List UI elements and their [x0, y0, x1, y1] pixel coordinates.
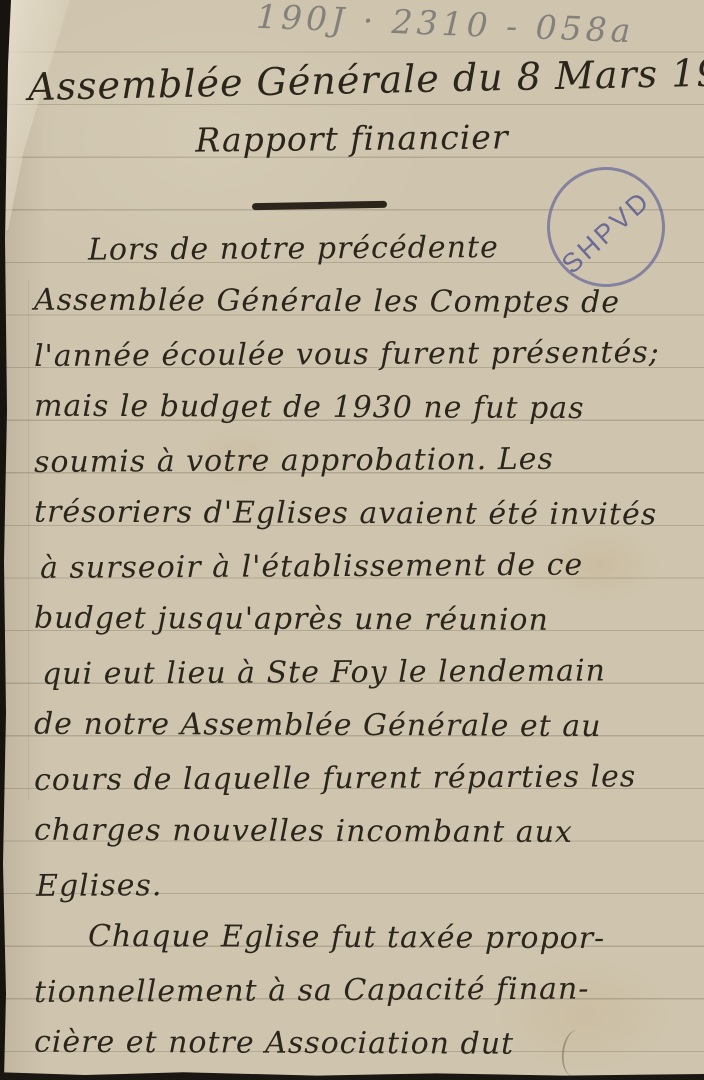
manuscript-line: soumis à votre approbation. Les [0, 432, 704, 489]
manuscript-line: à surseoir à l'établissement de ce [0, 538, 704, 595]
manuscript-line: l'année écoulée vous furent présentés; [0, 326, 704, 383]
manuscript-line: Chaque Eglise fut taxée propor- [0, 909, 704, 965]
manuscript-line: tionnellement à sa Capacité finan- [0, 962, 704, 1019]
page-corner-wedge [6, 0, 86, 230]
manuscript-page: 190J · 2310 - 058a Assemblée Générale du… [0, 0, 704, 1080]
manuscript-line: de notre Assemblée Générale et au [0, 697, 704, 753]
manuscript-line: charges nouvelles incombant aux [0, 803, 704, 859]
manuscript-line: budget jusqu'après une réunion [0, 591, 704, 647]
separator-dash [252, 201, 387, 210]
manuscript-line: cours de laquelle furent réparties les [0, 750, 704, 807]
manuscript-line: cière et notre Association dut [0, 1015, 704, 1071]
manuscript-line: Eglises. [0, 856, 704, 913]
archive-reference-pencil: 190J · 2310 - 058a [255, 0, 635, 50]
manuscript-line: Lors de notre précédente [0, 220, 704, 277]
manuscript-body: Lors de notre précédenteAssemblée Généra… [0, 222, 704, 1070]
manuscript-line: Assemblée Générale les Comptes de [0, 273, 704, 329]
document-subtitle: Rapport financier [0, 115, 704, 161]
manuscript-line: mais le budget de 1930 ne fut pas [0, 379, 704, 435]
manuscript-line: qui eut lieu à Ste Foy le lendemain [0, 644, 704, 701]
document-title: Assemblée Générale du 8 Mars 1931 [28, 51, 704, 109]
manuscript-line: trésoriers d'Eglises avaient été invités [0, 485, 704, 541]
